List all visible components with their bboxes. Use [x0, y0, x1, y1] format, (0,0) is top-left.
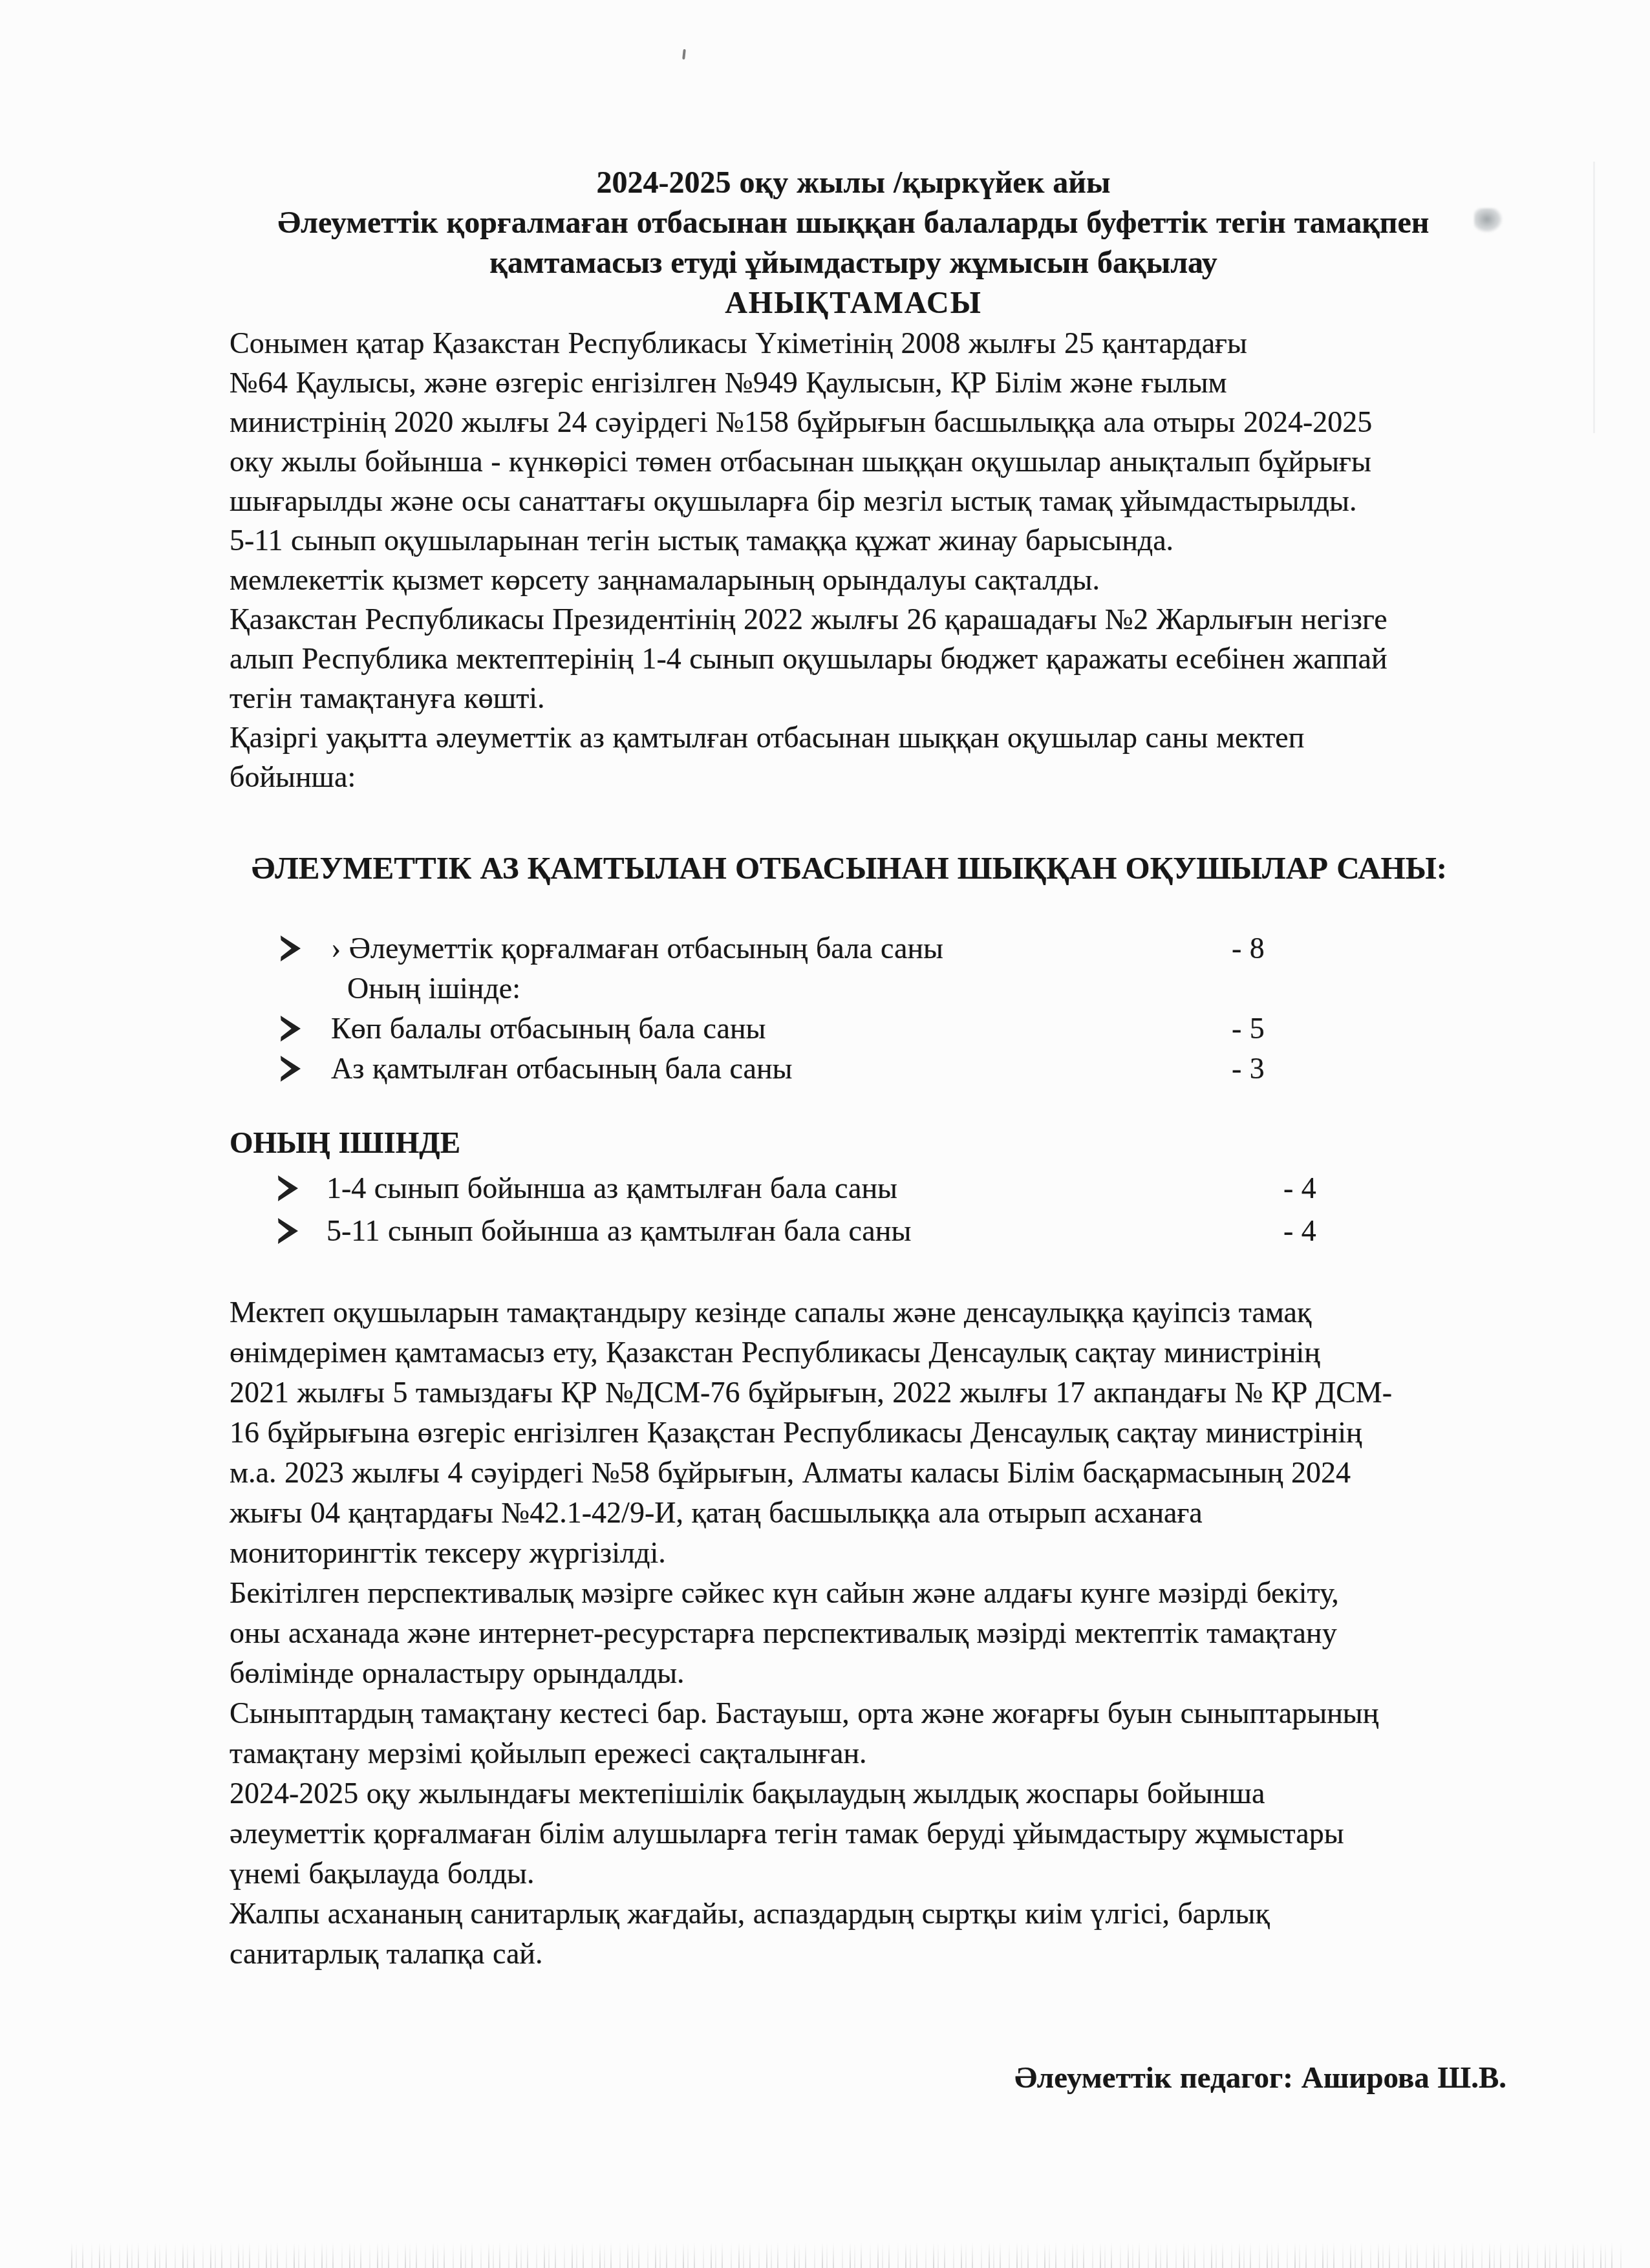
list-item-value: - 8	[1232, 928, 1265, 968]
list-item-label: › Әлеуметтік қорғалмаған отбасының бала …	[331, 932, 943, 965]
section1-heading: ӘЛЕУМЕТТІК АЗ ҚАМТЫЛАН ОТБАСЫНАН ШЫҚҚАН …	[230, 847, 1477, 890]
list-item: 1-4 сынып бойынша аз қамтылған бала саны…	[230, 1168, 1477, 1208]
paragraph-line: Сыныптардың тамақтану кестесі бар. Баста…	[230, 1693, 1477, 1733]
students-count-list: › Әлеуметтік қорғалмаған отбасының бала …	[230, 928, 1477, 1089]
paragraph-line: м.а. 2023 жылғы 4 сәуірдегі №58 бұйрығын…	[230, 1453, 1477, 1493]
scanned-document-page: 2024-2025 оқу жылы /қыркүйек айы Әлеумет…	[0, 0, 1650, 2268]
list-item-label: Аз қамтылған отбасының бала саны	[331, 1052, 792, 1085]
paragraph-line: шығарылды және осы санаттағы оқушыларға …	[230, 481, 1477, 520]
paragraph-schedule: Сыныптардың тамақтану кестесі бар. Баста…	[230, 1693, 1477, 1773]
scan-noise-bottom	[71, 2238, 1624, 2268]
paragraph-decree: Қазакстан Республикасы Президентінің 202…	[230, 599, 1477, 718]
doc-type-heading: АНЫҚТАМАСЫ	[230, 283, 1477, 323]
list-item: › Әлеуметтік қорғалмаған отбасының бала …	[230, 928, 1477, 968]
list-item-note: Оның ішінде:	[230, 968, 1477, 1009]
scan-smudge	[1474, 208, 1503, 233]
paragraph-line: 2024-2025 оқу жылындағы мектепішілік бақ…	[230, 1773, 1477, 1813]
grade-count-list: 1-4 сынып бойынша аз қамтылған бала саны…	[230, 1168, 1477, 1251]
list-item-value: - 5	[1232, 1009, 1265, 1049]
list-item: 5-11 сынып бойынша аз қамтылған бала сан…	[230, 1211, 1477, 1251]
paragraph-line: бойынша:	[230, 757, 1477, 797]
document-content: 2024-2025 оқу жылы /қыркүйек айы Әлеумет…	[230, 0, 1477, 2098]
list-item: Аз қамтылған отбасының бала саны - 3	[230, 1049, 1477, 1089]
paragraph-line: 2021 жылғы 5 тамыздағы ҚР №ДСМ-76 бұйрығ…	[230, 1373, 1477, 1413]
signature-line: Әлеуметтік педагог: Аширова Ш.В.	[230, 2058, 1506, 2098]
list-item: Көп балалы отбасының бала саны - 5	[230, 1009, 1477, 1049]
header-line-year: 2024-2025 оқу жылы /қыркүйек айы	[230, 163, 1477, 203]
paragraph-line: Бекітілген перспективалық мәзірге сәйкес…	[230, 1573, 1477, 1613]
paragraph-line: алып Республика мектептерінің 1-4 сынып …	[230, 639, 1477, 678]
paragraph-line: Мектеп оқушыларын тамақтандыру кезінде с…	[230, 1292, 1477, 1332]
list-item-label: Көп балалы отбасының бала саны	[331, 1012, 766, 1045]
list-item-label: 5-11 сынып бойынша аз қамтылған бала сан…	[327, 1214, 911, 1247]
paragraph-line: 16 бұйрығына өзгеріс енгізілген Қазақста…	[230, 1413, 1477, 1453]
paragraph-line: тегін тамақтануға көшті.	[230, 678, 1477, 718]
paragraph-line: оны асханада және интернет-ресурстарға п…	[230, 1613, 1477, 1653]
paragraph-line: Қазакстан Республикасы Президентінің 202…	[230, 599, 1477, 639]
paragraph-line: әлеуметтік қорғалмаған білім алушыларға …	[230, 1813, 1477, 1854]
list-item-value: - 3	[1232, 1049, 1265, 1089]
section2-heading: ОНЫҢ ІШІНДЕ	[230, 1123, 1477, 1163]
document-header: 2024-2025 оқу жылы /қыркүйек айы Әлеумет…	[230, 0, 1477, 323]
paragraph-current-count: Қазіргі уақытта әлеуметтік аз қамтылған …	[230, 718, 1477, 797]
paragraph-line: мемлекеттік қызмет көрсету заңнамаларыны…	[230, 560, 1477, 599]
header-line-subject-1: Әлеуметтік қорғалмаған отбасынан шыққан …	[230, 203, 1477, 243]
header-line-subject-2: қамтамасыз етуді ұйымдастыру жұмысын бақ…	[230, 243, 1477, 283]
paragraph-line: 5-11 сынып оқушыларынан тегін ыстық тама…	[230, 520, 1477, 560]
arrowhead-bullet-icon	[281, 1056, 301, 1082]
paragraph-monitoring: Мектеп оқушыларын тамақтандыру кезінде с…	[230, 1292, 1477, 1573]
scan-fold-line	[1593, 162, 1595, 433]
paragraph-line: үнемі бақылауда болды.	[230, 1854, 1477, 1894]
arrowhead-bullet-icon	[278, 1175, 298, 1201]
paragraph-line: министрінің 2020 жылғы 24 сәуірдегі №158…	[230, 402, 1477, 442]
paragraph-menu: Бекітілген перспективалық мәзірге сәйкес…	[230, 1573, 1477, 1693]
arrowhead-bullet-icon	[281, 936, 301, 961]
paragraph-line: бөлімінде орналастыру орындалды.	[230, 1653, 1477, 1693]
paragraph-intro: Сонымен қатар Қазакстан Республикасы Үкі…	[230, 323, 1477, 599]
paragraph-line: Қазіргі уақытта әлеуметтік аз қамтылған …	[230, 718, 1477, 757]
paragraph-line: Сонымен қатар Қазакстан Республикасы Үкі…	[230, 323, 1477, 363]
paragraph-line: Жалпы асхананың санитарлық жағдайы, аспа…	[230, 1894, 1477, 1934]
paragraph-line: мониторингтік тексеру жүргізілді.	[230, 1533, 1477, 1573]
arrowhead-bullet-icon	[278, 1218, 298, 1244]
paragraph-line: №64 Қаулысы, және өзгеріс енгізілген №94…	[230, 363, 1477, 402]
paragraph-sanitary: Жалпы асхананың санитарлық жағдайы, аспа…	[230, 1894, 1477, 1974]
paragraph-line: жығы 04 қаңтардағы №42.1-42/9-И, қатаң б…	[230, 1493, 1477, 1533]
list-item-value: - 4	[1283, 1168, 1316, 1208]
list-item-value: - 4	[1283, 1211, 1316, 1251]
paragraph-line: өнімдерімен қамтамасыз ету, Қазакстан Ре…	[230, 1332, 1477, 1373]
paragraph-line: санитарлық талапқа сай.	[230, 1934, 1477, 1974]
paragraph-line: оку жылы бойынша - күнкөрісі төмен отбас…	[230, 442, 1477, 481]
paragraph-control: 2024-2025 оқу жылындағы мектепішілік бақ…	[230, 1773, 1477, 1894]
list-item-label: 1-4 сынып бойынша аз қамтылған бала саны	[327, 1171, 897, 1204]
paragraph-line: тамақтану мерзімі қойылып ережесі сақтал…	[230, 1733, 1477, 1773]
arrowhead-bullet-icon	[281, 1016, 301, 1042]
